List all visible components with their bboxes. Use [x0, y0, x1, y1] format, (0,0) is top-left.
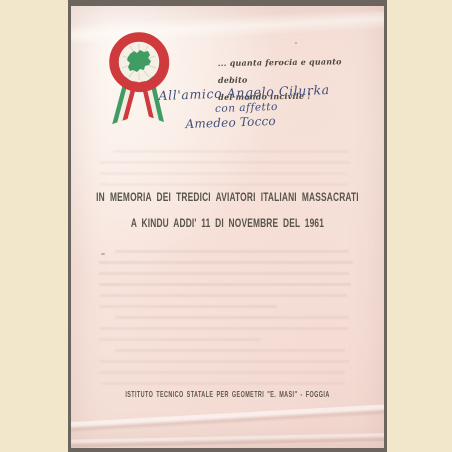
- bleed-through-line: [99, 327, 349, 330]
- dedication-signature: Amedeo Tocco: [185, 112, 331, 131]
- scanned-page-photo-background: ... quanta ferocia e quanto debito del m…: [0, 0, 452, 452]
- title-line-1: IN MEMORIA DEI TREDICI AVIATORI ITALIANI…: [90, 190, 365, 204]
- bleed-through-line: [99, 338, 261, 341]
- handwritten-dedication: All'amico Angelo Cilurka con affetto Ame…: [158, 83, 331, 132]
- paper-crease: [71, 402, 384, 435]
- title-block: IN MEMORIA DEI TREDICI AVIATORI ITALIANI…: [71, 192, 384, 229]
- paper-crease: [71, 432, 384, 448]
- institute-imprint: ISTITUTO TECNICO STATALE PER GEOMETRI "E…: [105, 391, 349, 399]
- bleed-through-line: [99, 360, 349, 363]
- bleed-through-line: [115, 349, 345, 352]
- bleed-through-line: [115, 316, 349, 319]
- bleed-through-line: [101, 382, 345, 385]
- bleed-through-line: [99, 294, 347, 297]
- photo: ... quanta ferocia e quanto debito del m…: [68, 0, 387, 452]
- paper: ... quanta ferocia e quanto debito del m…: [71, 6, 384, 448]
- bleed-through-line: [99, 371, 345, 374]
- paper-speck: [295, 42, 297, 44]
- bleed-through-line: [115, 250, 349, 253]
- bleed-through-line: [99, 161, 351, 164]
- bleed-through-line: [99, 172, 347, 175]
- bleed-through-line: [99, 261, 353, 264]
- bleed-through-line: [99, 183, 349, 186]
- title-line-2: A KINDU ADDI' 11 DI NOVEMBRE DEL 1961: [90, 216, 365, 230]
- bleed-through-line: [99, 305, 277, 308]
- bleed-through-line: [99, 272, 349, 275]
- bleed-through-line: [113, 150, 349, 153]
- paper-speck: [101, 253, 105, 255]
- bleed-through-line: [99, 283, 351, 286]
